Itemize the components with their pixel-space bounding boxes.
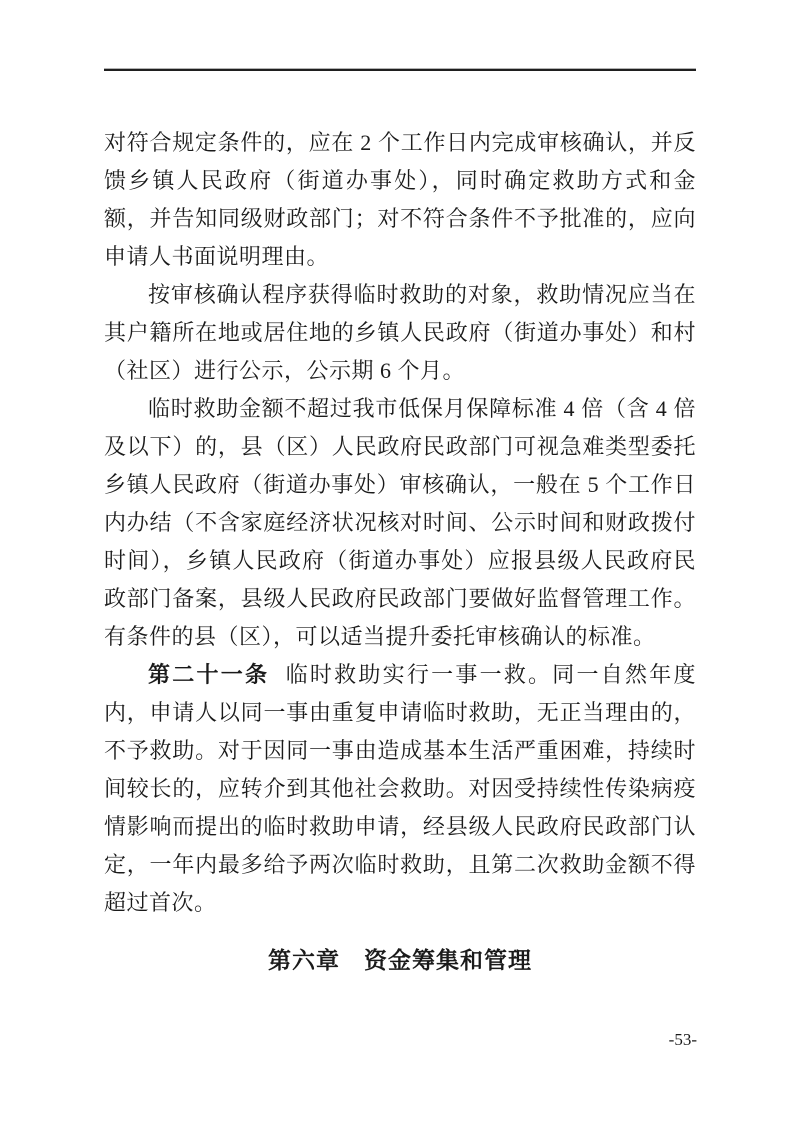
- paragraph-amount-limit: 临时救助金额不超过我市低保月保障标准 4 倍（含 4 倍及以下）的，县（区）人民…: [104, 390, 696, 656]
- article-number: 第二十一条: [148, 662, 269, 687]
- paragraph-continuation: 对符合规定条件的，应在 2 个工作日内完成审核确认，并反馈乡镇人民政府（街道办事…: [104, 124, 696, 276]
- document-page: 对符合规定条件的，应在 2 个工作日内完成审核确认，并反馈乡镇人民政府（街道办事…: [0, 0, 793, 1122]
- header-rule: [104, 68, 696, 71]
- chapter-heading: 第六章 资金筹集和管理: [104, 943, 696, 977]
- document-body: 对符合规定条件的，应在 2 个工作日内完成审核确认，并反馈乡镇人民政府（街道办事…: [104, 124, 696, 977]
- page-number: -53-: [669, 1030, 697, 1050]
- article-text: 临时救助实行一事一救。同一自然年度内，申请人以同一事由重复申请临时救助，无正当理…: [104, 662, 696, 915]
- paragraph-public-notice: 按审核确认程序获得临时救助的对象，救助情况应当在其户籍所在地或居住地的乡镇人民政…: [104, 276, 696, 390]
- paragraph-article-21: 第二十一条临时救助实行一事一救。同一自然年度内，申请人以同一事由重复申请临时救助…: [104, 656, 696, 922]
